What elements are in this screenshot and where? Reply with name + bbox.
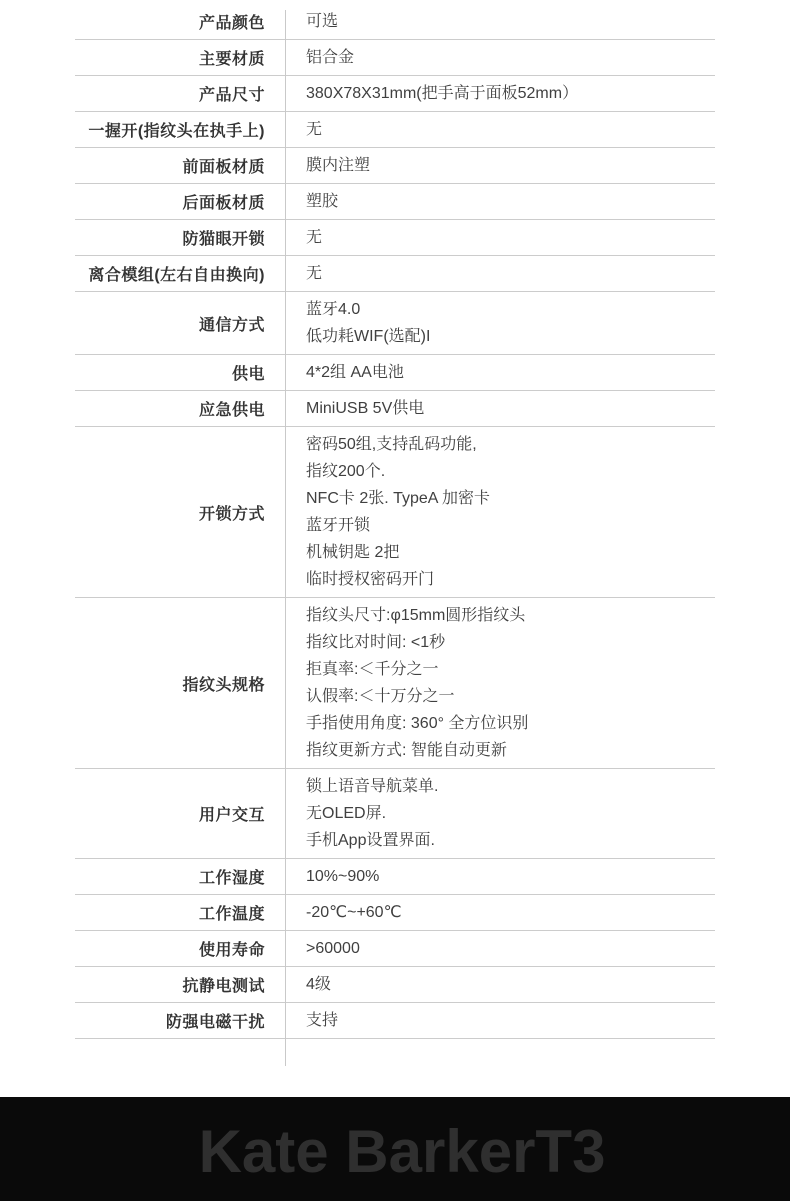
spec-value: 铝合金: [285, 40, 715, 75]
spec-value-line: 指纹200个.: [306, 458, 715, 485]
spec-row-back-panel: 后面板材质 塑胶: [75, 184, 715, 220]
spec-value-line: 锁上语音导航菜单.: [306, 773, 715, 800]
product-name-band: Kate BarkerT3: [0, 1097, 790, 1201]
spec-value: >60000: [285, 931, 715, 966]
spec-row-unlock-methods: 开锁方式 密码50组,支持乱码功能, 指纹200个. NFC卡 2张. Type…: [75, 427, 715, 598]
spec-value: 无: [285, 112, 715, 147]
spec-value-line: 机械钥匙 2把: [306, 539, 715, 566]
spec-row-product-size: 产品尺寸 380X78X31mm(把手高于面板52mm）: [75, 76, 715, 112]
spec-value-line: 手指使用角度: 360° 全方位识别: [306, 710, 715, 737]
spec-value-line: 无: [306, 116, 715, 143]
spec-label: 工作温度: [75, 901, 285, 924]
spec-label: 应急供电: [75, 397, 285, 420]
spec-label: 产品尺寸: [75, 82, 285, 105]
spec-row-service-life: 使用寿命 >60000: [75, 931, 715, 967]
spec-row-main-material: 主要材质 铝合金: [75, 40, 715, 76]
spec-value: 4*2组 AA电池: [285, 355, 715, 390]
spec-label: 开锁方式: [75, 501, 285, 524]
spec-value: 指纹头尺寸:φ15mm圆形指纹头 指纹比对时间: <1秒 拒真率:＜千分之一 认…: [285, 598, 715, 768]
spec-value-line: 无OLED屏.: [306, 800, 715, 827]
spec-row-fingerprint-specs: 指纹头规格 指纹头尺寸:φ15mm圆形指纹头 指纹比对时间: <1秒 拒真率:＜…: [75, 598, 715, 769]
spec-row-communication: 通信方式 蓝牙4.0 低功耗WIF(选配)I: [75, 292, 715, 355]
spec-value-line: NFC卡 2张. TypeA 加密卡: [306, 485, 715, 512]
spec-value-line: 4*2组 AA电池: [306, 359, 715, 386]
spec-value-line: 10%~90%: [306, 863, 715, 890]
spec-row-grip-open: 一握开(指纹头在执手上) 无: [75, 112, 715, 148]
spec-label: 主要材质: [75, 46, 285, 69]
spec-value: MiniUSB 5V供电: [285, 391, 715, 426]
spec-value: 支持: [285, 1003, 715, 1038]
column-divider-line: [285, 10, 286, 1066]
spec-row-antistatic-test: 抗静电测试 4级: [75, 967, 715, 1003]
spec-row-front-panel: 前面板材质 膜内注塑: [75, 148, 715, 184]
spec-row-product-color: 产品颜色 可选: [75, 4, 715, 40]
spec-value: 可选: [285, 4, 715, 39]
spec-value-line: MiniUSB 5V供电: [306, 395, 715, 422]
spec-value-line: 指纹头尺寸:φ15mm圆形指纹头: [306, 602, 715, 629]
spec-value-line: 拒真率:＜千分之一: [306, 656, 715, 683]
spec-label: 前面板材质: [75, 154, 285, 177]
spec-row-clutch-module: 离合模组(左右自由换向) 无: [75, 256, 715, 292]
spec-value: 锁上语音导航菜单. 无OLED屏. 手机App设置界面.: [285, 769, 715, 858]
spec-value-line: 密码50组,支持乱码功能,: [306, 431, 715, 458]
spec-label: 抗静电测试: [75, 973, 285, 996]
spec-row-emergency-power: 应急供电 MiniUSB 5V供电: [75, 391, 715, 427]
spec-value-line: 蓝牙4.0: [306, 296, 715, 323]
spec-value: 10%~90%: [285, 859, 715, 894]
spec-row-working-humidity: 工作湿度 10%~90%: [75, 859, 715, 895]
spec-label: 产品颜色: [75, 10, 285, 33]
spec-value-line: 无: [306, 260, 715, 287]
spec-value: 380X78X31mm(把手高于面板52mm）: [285, 76, 715, 111]
spec-value: 塑胶: [285, 184, 715, 219]
spec-label: 通信方式: [75, 312, 285, 335]
spec-value: 无: [285, 220, 715, 255]
spec-value-line: -20℃~+60℃: [306, 899, 715, 926]
spec-row-emi-protection: 防强电磁干扰 支持: [75, 1003, 715, 1039]
spec-value-line: >60000: [306, 935, 715, 962]
spec-row-peephole-unlock: 防猫眼开锁 无: [75, 220, 715, 256]
spec-value-line: 临时授权密码开门: [306, 566, 715, 593]
spec-value-line: 380X78X31mm(把手高于面板52mm）: [306, 80, 715, 107]
spec-value-line: 无: [306, 224, 715, 251]
spec-label: 用户交互: [75, 802, 285, 825]
bottom-whitespace: [0, 1039, 790, 1093]
spec-value: 膜内注塑: [285, 148, 715, 183]
spec-value-line: 膜内注塑: [306, 152, 715, 179]
spec-value-line: 认假率:＜十万分之一: [306, 683, 715, 710]
spec-row-working-temperature: 工作温度 -20℃~+60℃: [75, 895, 715, 931]
spec-label: 后面板材质: [75, 190, 285, 213]
spec-value: 4级: [285, 967, 715, 1002]
spec-value-line: 可选: [306, 8, 715, 35]
spec-value-line: 塑胶: [306, 188, 715, 215]
spec-label: 一握开(指纹头在执手上): [75, 118, 285, 141]
spec-label: 离合模组(左右自由换向): [75, 262, 285, 285]
spec-label: 使用寿命: [75, 937, 285, 960]
spec-value-line: 4级: [306, 971, 715, 998]
spec-row-user-interaction: 用户交互 锁上语音导航菜单. 无OLED屏. 手机App设置界面.: [75, 769, 715, 859]
spec-label: 防强电磁干扰: [75, 1009, 285, 1032]
spec-label: 指纹头规格: [75, 672, 285, 695]
spec-value: 蓝牙4.0 低功耗WIF(选配)I: [285, 292, 715, 354]
spec-label: 供电: [75, 361, 285, 384]
spec-value: 密码50组,支持乱码功能, 指纹200个. NFC卡 2张. TypeA 加密卡…: [285, 427, 715, 597]
spec-value-line: 指纹更新方式: 智能自动更新: [306, 737, 715, 764]
product-name: Kate BarkerT3: [185, 1117, 606, 1186]
spec-value: 无: [285, 256, 715, 291]
spec-value: -20℃~+60℃: [285, 895, 715, 930]
spec-row-power: 供电 4*2组 AA电池: [75, 355, 715, 391]
spec-value-line: 蓝牙开锁: [306, 512, 715, 539]
spec-label: 防猫眼开锁: [75, 226, 285, 249]
spec-table: 产品颜色 可选 主要材质 铝合金 产品尺寸 380X78X31mm(把手高于面板…: [75, 4, 715, 1039]
spec-label: 工作湿度: [75, 865, 285, 888]
spec-value-line: 铝合金: [306, 44, 715, 71]
spec-value-line: 支持: [306, 1007, 715, 1034]
spec-value-line: 低功耗WIF(选配)I: [306, 323, 715, 350]
spec-page: 产品颜色 可选 主要材质 铝合金 产品尺寸 380X78X31mm(把手高于面板…: [0, 4, 790, 1201]
spec-value-line: 手机App设置界面.: [306, 827, 715, 854]
spec-value-line: 指纹比对时间: <1秒: [306, 629, 715, 656]
